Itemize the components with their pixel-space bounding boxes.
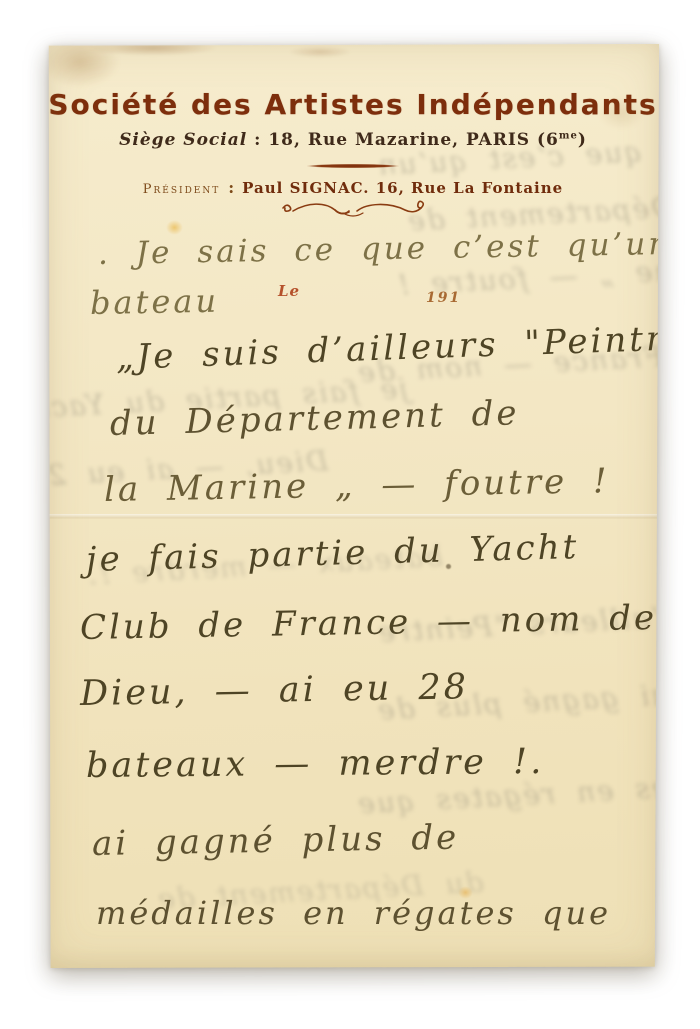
letterhead-divider [307,164,399,168]
bleedthrough-text: du Département de [155,865,484,915]
handwritten-line-3: „Je suis d’ailleurs "Peintre [115,318,660,378]
handwritten-line-5: la Marine „ — foutre ! [104,461,610,510]
stain [288,46,352,58]
stain [458,886,473,899]
president-name-address: Paul SIGNAC. 16, Rue La Fontaine [242,179,563,197]
letterhead-address: Siège Social : 18, Rue Mazarine, PARIS (… [46,130,660,150]
handwritten-line-10: ai gagné plus de [92,818,460,864]
bleedthrough-text: médailles en régates que [355,765,660,821]
siege-separator: : [247,130,268,150]
stain [88,44,218,56]
siege-address-value: 18, Rue Mazarine, PARIS (6 [268,130,559,150]
bleedthrough-text: „Je suis d’ailleurs "Peintre [375,592,660,649]
bleedthrough-text: je fais partie du Yacht [46,372,409,425]
president-label: Président [143,182,220,197]
printed-date-le: Le [278,282,300,300]
handwritten-line-9: bateaux — merdre !. [86,742,545,786]
handwritten-line-1: . Je sais ce que c’est qu’un [98,226,660,272]
stain [166,220,183,235]
scan-background: . Je sais ce que c’est qu’un du Départem… [0,0,700,1029]
letter-paper: . Je sais ce que c’est qu’un du Départem… [46,44,660,968]
printed-date-year: 191 [426,290,461,306]
handwritten-line-7: Club de France — nom de [80,598,658,648]
bleedthrough-text: Dieu, — ai eu 28 [46,444,329,493]
letterhead-organization: Société des Artistes Indépendants [46,88,660,121]
siege-close-paren: ) [578,130,587,150]
handwritten-line-8: Dieu, — ai eu 28 [80,667,470,714]
bleedthrough-text: ai gagné plus de [375,678,660,726]
handwritten-line-2: bateau [90,282,220,322]
letterhead-president: Président:Paul SIGNAC. 16, Rue La Fontai… [46,178,660,197]
stain [46,44,120,88]
handwritten-line-11: médailles en régates que [96,894,611,932]
letter-paper-wrap: . Je sais ce que c’est qu’un du Départem… [46,44,660,968]
president-colon: : [228,178,234,197]
bleedthrough-text: bateaux — merdre !. [85,540,443,592]
bleedthrough-text: Club de France — nom de [355,332,660,389]
district-superscript: me [559,130,578,141]
handwritten-line-4: du Département de [109,393,519,444]
flourish-icon [273,198,433,222]
handwritten-line-6: je fais partie du Yacht [85,527,579,580]
ink-speck [446,564,451,569]
siege-social-label: Siège Social [119,130,247,150]
fold-crease [46,514,660,519]
